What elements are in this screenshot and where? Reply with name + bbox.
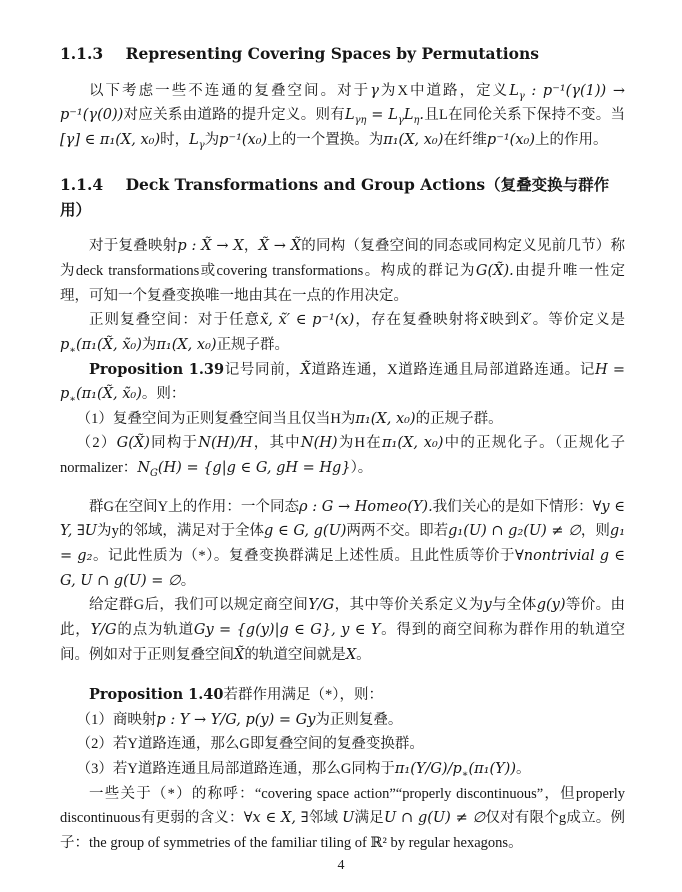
text-segment: g₁(U) ∩ g₂(U) ≠ ∅ [448,523,581,539]
text-segment: 为X中道路，定义 [379,83,509,99]
section-number: 1.1.3 [60,44,103,63]
text-segment: X [346,647,356,663]
document-page: 1.1.3 Representing Covering Spaces by Pe… [0,0,682,892]
paragraph-proposition-1-40: Proposition 1.40若群作用满足（*），则： [60,683,625,708]
text-segment: ，其中 [252,435,300,451]
text-segment: L [345,107,355,123]
text-segment: 道路连通，X道路连通且局部道路连通。记 [311,362,595,378]
text-segment: 正则复叠空间：对于任意 [89,312,260,328]
text-segment: 记号同前， [224,362,300,378]
text-segment: 与全体 [492,597,537,613]
text-segment: 。 [516,761,531,777]
text-segment: Proposition 1.39 [89,361,224,378]
page-number: 4 [0,854,682,878]
text-segment: π₁(X, x₀) [383,132,443,148]
text-segment: U [342,810,354,826]
text-segment: 对应关系由道路的提升定义。则有 [123,107,345,123]
list-item-prop140-2: （2）若Y道路连通，那么G即复叠空间的复叠变换群。 [60,732,625,757]
text-segment: 且L在同伦关系下保持不变。当 [424,107,625,123]
text-segment: p⁻¹(x₀) [487,132,535,148]
text-segment: 时， [160,132,189,148]
text-segment: （2） [77,435,117,451]
text-segment: p⁻¹(x₀) [219,132,267,148]
text-segment: 对于复叠映射 [89,238,177,254]
section-title: Representing Covering Spaces by Permutat… [126,44,539,63]
list-item-prop139-2: （2）G(X̃)同构于N(H)/H，其中N(H)为H在π₁(X, x₀)中的正规… [60,431,625,480]
text-segment: π₁(X, x₀) [355,411,415,427]
section-heading-1-1-4: 1.1.4 Deck Transformations and Group Act… [60,173,625,223]
text-segment: 同构于 [150,435,198,451]
text-segment: 满足 [354,810,384,826]
text-segment: ∀x ∈ X, ∃ [244,810,309,826]
text-segment: p [60,337,69,353]
text-segment: N(H)/H [198,435,252,451]
text-segment: L [509,83,519,99]
text-segment: 我们关心的是如下情形： [433,499,593,515]
text-segment: G [150,468,158,479]
text-segment: 为正则复叠。 [315,712,402,728]
text-segment: p : Y → Y/G, p(y) = Gy [156,712,315,728]
section-heading-1-1-3: 1.1.3 Representing Covering Spaces by Pe… [60,42,625,67]
text-segment: ）。 [351,460,373,476]
text-segment: X̃ → X̃ [259,238,301,254]
text-segment: 的正规子群。 [416,411,503,427]
text-segment: 。则： [142,386,186,402]
text-segment: （2）若Y道路连通，那么G即复叠空间的复叠变换群。 [77,736,424,752]
text-segment: （3）若Y道路连通且局部道路连通，那么G同构于 [77,761,395,777]
text-segment: π₁(Y/G)/p [395,761,462,777]
text-segment: Proposition 1.40 [89,686,223,703]
paragraph-normal-covering-space: 正则复叠空间：对于任意x̃, x̃′ ∈ p⁻¹(x)，存在复叠映射将x̃映到x… [60,308,625,357]
text-segment: N [137,460,150,476]
text-segment: 群G在空间Y上的作用：一个同态 [89,499,299,515]
text-segment: 若群作用满足（*），则： [223,687,383,703]
text-segment: 给定群G后，我们可以规定商空间 [89,597,308,613]
text-segment: 为 [205,132,220,148]
text-segment: Gy = {g(y)|g ∈ G}, y ∈ Y [194,622,381,638]
text-segment: 上的作用。 [535,132,608,148]
text-segment: π₁(X, x₀) [382,435,443,451]
text-segment: 。 [356,647,371,663]
text-segment: = L [366,107,398,123]
text-segment: (π₁(X̃, x̃₀) [76,337,142,353]
text-segment: 的轨道空间就是 [244,647,346,663]
text-segment: N(H) [301,435,338,451]
text-segment: π₁(X, x₀) [156,337,216,353]
text-segment: （1）复叠空间为正则复叠空间当且仅当H为 [77,411,356,427]
text-segment: X̃ [234,647,244,663]
text-segment: ∗ [69,394,76,405]
text-segment: g ∈ G, g(U) [264,523,346,539]
text-segment: γη [355,115,367,126]
paragraph-group-action: 群G在空间Y上的作用：一个同态ρ : G → Homeo(Y).我们关心的是如下… [60,495,625,594]
text-segment: G(X̃) [117,435,150,451]
text-segment: 为H在 [338,435,382,451]
text-segment: [γ] ∈ π₁(X, x₀) [60,132,160,148]
text-segment: L [189,132,199,148]
text-segment: (H) = {g|g ∈ G, gH = Hg} [158,460,351,476]
text-segment: Y/G [91,622,117,638]
text-segment: (π₁(Y)) [468,761,516,777]
text-segment: ，其中等价关系定义为 [334,597,483,613]
text-segment: U ∩ g(U) ≠ ∅ [384,810,485,826]
text-segment: p : X̃ → X [177,238,243,254]
section-title: Deck Transformations and Group Actions（复… [60,175,609,219]
text-segment: (π₁(X̃, x̃₀) [76,386,142,402]
text-segment: 在纤维 [443,132,487,148]
paragraph-deck-transformations: 对于复叠映射p : X̃ → X，X̃ → X̃的同构（复叠空间的同态或同构定义… [60,234,625,308]
paragraph-permutation-intro: 以下考虑一些不连通的复叠空间。对于γ为X中道路，定义Lγ : p⁻¹(γ(1))… [60,79,625,153]
text-segment: ， [244,238,259,254]
text-segment: γ [370,83,379,99]
list-item-prop140-1: （1）商映射p : Y → Y/G, p(y) = Gy为正则复叠。 [60,708,625,733]
text-segment: 映到 [488,312,520,328]
text-segment: x̃ [480,312,488,328]
paragraph-terminology: 一些关于（*）的称呼：“covering space action”“prope… [60,782,625,856]
text-segment: （1）商映射 [77,712,157,728]
text-segment: 两两不交。即若 [346,523,448,539]
text-segment: 。 [181,573,196,589]
text-segment: ，存在复叠映射将 [354,312,480,328]
paragraph-proposition-1-39: Proposition 1.39记号同前，X̃道路连通，X道路连通且局部道路连通… [60,358,625,407]
text-segment: 为 [142,337,157,353]
text-segment: 的点为轨道 [117,622,194,638]
text-segment: X̃ [300,362,310,378]
text-segment: 。等价定义是 [532,312,625,328]
text-segment: ，则 [581,523,610,539]
text-segment: x̃′ [520,312,531,328]
text-segment: G(X̃). [476,263,514,279]
list-item-prop140-3: （3）若Y道路连通且局部道路连通，那么G同构于π₁(Y/G)/p∗(π₁(Y))… [60,757,625,782]
text-segment: g(y) [537,597,566,613]
text-segment: 邻域 [309,810,342,826]
text-segment: 为y的邻域，满足对于全体 [97,523,264,539]
text-segment: 上的一个置换。为 [267,132,383,148]
text-segment: 正规子群。 [217,337,290,353]
text-segment: ρ : G → Homeo(Y). [299,499,433,515]
text-segment: Y/G [308,597,334,613]
text-segment: 以下考虑一些不连通的复叠空间。对于 [89,83,370,99]
text-segment: y [483,597,491,613]
paragraph-orbit-space: 给定群G后，我们可以规定商空间Y/G，其中等价关系定义为y与全体g(y)等价。由… [60,593,625,667]
text-segment: 。记此性质为（*）。复叠变换群满足上述性质。且此性质等价于 [92,548,515,564]
text-segment: ∗ [69,345,76,356]
list-item-prop139-1: （1）复叠空间为正则复叠空间当且仅当H为π₁(X, x₀)的正规子群。 [60,407,625,432]
text-segment: x̃, x̃′ ∈ p⁻¹(x) [260,312,354,328]
section-number: 1.1.4 [60,175,103,194]
